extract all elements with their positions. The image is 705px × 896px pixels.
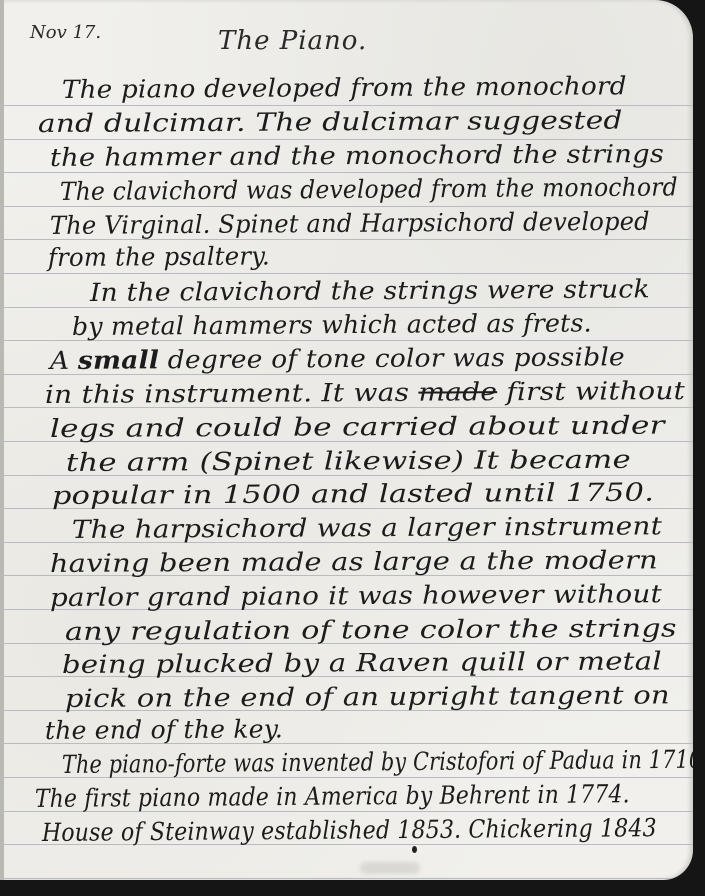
ink-dot (412, 846, 417, 853)
text-line: by metal hammers which acted as frets. (72, 308, 592, 341)
text-line: the end of the key. (45, 714, 283, 745)
entry-date: Nov 17. (30, 22, 101, 43)
page-title: The Piano. (218, 26, 367, 56)
text-line: and dulcimar. The dulcimar suggested (38, 106, 623, 138)
text-line: The harpsichord was a larger instrument (72, 511, 662, 544)
text-line: the hammer and the monochord the strings (50, 139, 664, 172)
text-line: The clavichord was developed from the mo… (60, 172, 678, 206)
page-binding-edge (0, 0, 4, 880)
text-line: The Virginal. Spinet and Harpsichord dev… (50, 207, 650, 240)
text-line: parlor grand piano it was however withou… (50, 579, 662, 612)
text-line: The piano developed from the monochord (62, 71, 627, 104)
text-line: The piano-forte was invented by Cristofo… (62, 745, 693, 779)
text-line: pick on the end of an upright tangent on (65, 680, 670, 713)
text-line: having been made as large a the modern (50, 545, 658, 578)
text-line: in this instrument. It was made first wi… (45, 376, 685, 409)
text-line: popular in 1500 and lasted until 1750. (52, 478, 654, 510)
ink-smudge (360, 862, 420, 874)
text-line: A small degree of tone color was possibl… (50, 342, 625, 375)
text-line: any regulation of tone color the strings (65, 613, 677, 646)
text-line: legs and could be carried about under (50, 411, 665, 443)
ruled-line (0, 878, 693, 879)
notebook-page: Nov 17. The Piano. The piano developed f… (0, 0, 693, 880)
text-line: being plucked by a Raven quill or metal (62, 646, 662, 679)
text-line: In the clavichord the strings were struc… (90, 274, 650, 307)
text-line: The first piano made in America by Behre… (35, 779, 630, 813)
text-line: House of Steinway established 1853. Chic… (42, 813, 657, 847)
text-line: the arm (Spinet likewise) It became (66, 445, 631, 477)
text-line: from the psaltery. (48, 241, 270, 272)
